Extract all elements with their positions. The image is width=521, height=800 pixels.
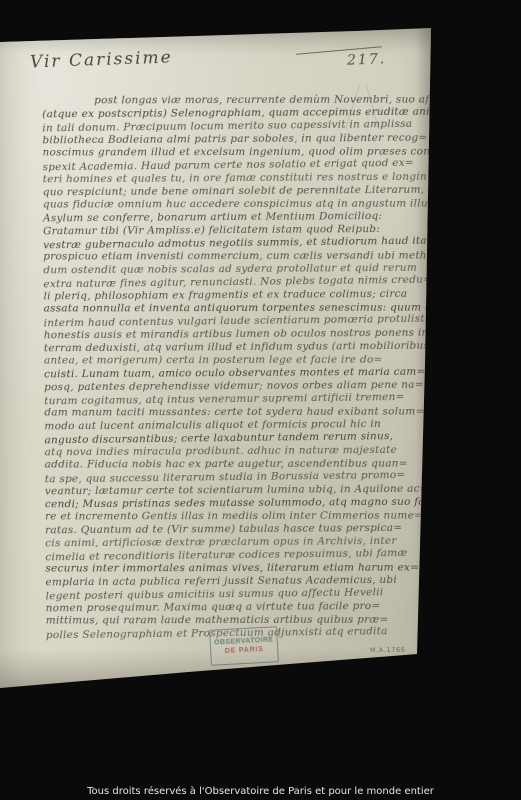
library-stamp: OBSERVATOIRE DE PARIS <box>209 626 279 666</box>
copyright-caption: Tous droits réservés à l'Observatoire de… <box>0 786 521 797</box>
stamp-line-2: DE PARIS <box>225 646 264 655</box>
salutation: Vir Carissime <box>30 48 173 73</box>
scan-background: Vir Carissime 217. post longas viæ moras… <box>0 0 521 800</box>
stamp-line-1: OBSERVATOIRE <box>214 636 274 646</box>
manuscript-text-block: post longas viæ moras, recurrente demùm … <box>42 93 432 642</box>
archive-reference: M.A.1766 <box>370 646 406 655</box>
folio-number: 217. <box>347 51 387 68</box>
manuscript-page: Vir Carissime 217. post longas viæ moras… <box>0 26 433 688</box>
